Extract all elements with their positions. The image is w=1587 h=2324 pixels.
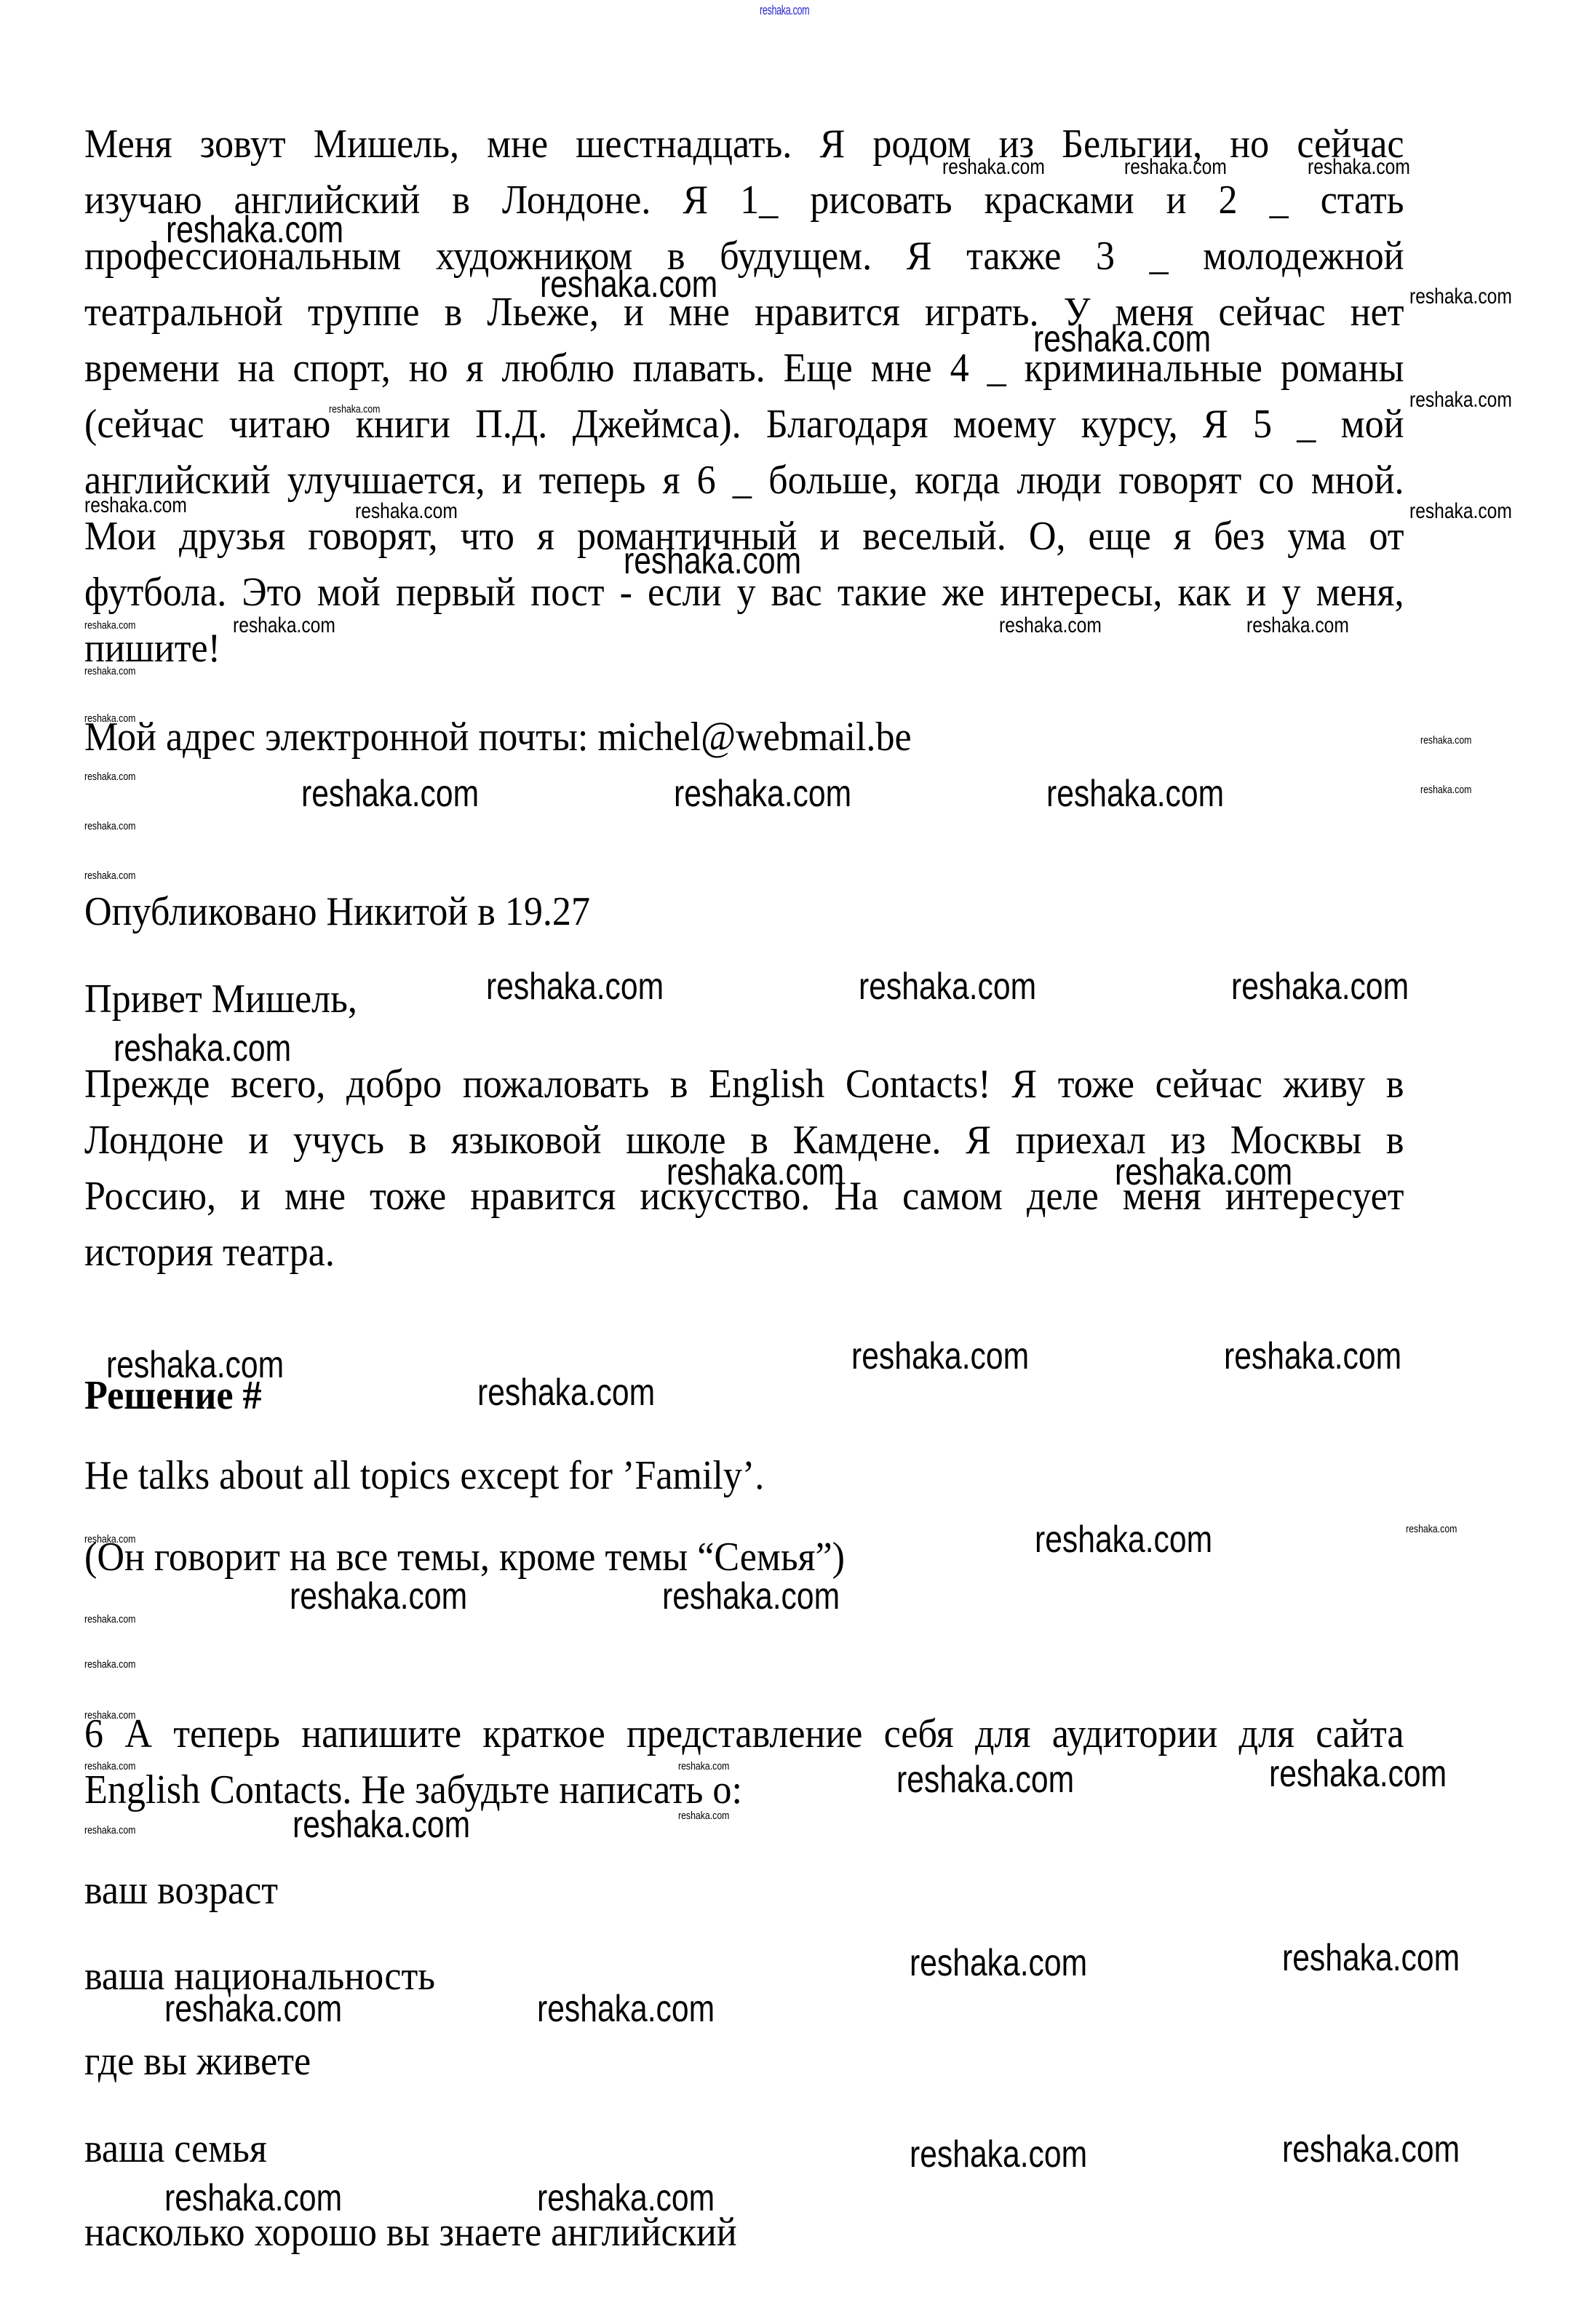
watermark: reshaka.com: [667, 1153, 844, 1191]
watermark: reshaka.com: [1420, 784, 1471, 795]
watermark: reshaka.com: [84, 666, 135, 677]
watermark: reshaka.com: [910, 1944, 1087, 1982]
watermark: reshaka.com: [84, 1761, 135, 1772]
watermark: reshaka.com: [84, 713, 135, 724]
watermark: reshaka.com: [1282, 2130, 1460, 2168]
watermark: reshaka.com: [1308, 156, 1410, 178]
watermark: reshaka.com: [106, 1346, 284, 1384]
watermark: reshaka.com: [84, 870, 135, 881]
watermark: reshaka.com: [1406, 1524, 1457, 1535]
watermark: reshaka.com: [164, 2179, 342, 2217]
watermark: reshaka.com: [999, 615, 1102, 637]
watermark: reshaka.com: [537, 2179, 715, 2217]
watermark: reshaka.com: [84, 771, 135, 782]
task6-line: 6 А теперь напишите краткое представлени…: [84, 1706, 1404, 1762]
posted-by: Опубликовано Никитой в 19.27: [84, 884, 1404, 940]
watermark: reshaka.com: [486, 968, 664, 1006]
watermark: reshaka.com: [301, 775, 479, 813]
watermark: reshaka.com: [678, 1810, 729, 1821]
watermark: reshaka.com: [477, 1374, 655, 1412]
watermark: reshaka.com: [329, 404, 380, 415]
watermark: reshaka.com: [355, 501, 458, 522]
watermark: reshaka.com: [293, 1806, 470, 1844]
watermark: reshaka.com: [859, 968, 1036, 1006]
watermark: reshaka.com: [896, 1761, 1074, 1799]
task6-item-age: ваш возраст: [84, 1863, 1404, 1919]
watermark: reshaka.com: [1035, 1521, 1212, 1559]
watermark: reshaka.com: [166, 211, 343, 249]
watermark: reshaka.com: [164, 1990, 342, 2028]
watermark: reshaka.com: [1231, 968, 1409, 1006]
watermark: reshaka.com: [678, 1761, 729, 1772]
watermark: reshaka.com: [662, 1577, 840, 1615]
reply-greeting: Привет Мишель,: [84, 971, 1404, 1027]
watermark: reshaka.com: [1269, 1755, 1447, 1793]
watermark: reshaka.com: [674, 775, 851, 813]
watermark: reshaka.com: [84, 1659, 135, 1670]
email-line: Мой адрес электронной почты: michel@webm…: [84, 709, 1404, 765]
watermark: reshaka.com: [1124, 156, 1227, 178]
watermark: reshaka.com: [114, 1030, 291, 1067]
task6-item-family: ваша семья: [84, 2121, 1404, 2177]
watermark: reshaka.com: [84, 1710, 135, 1721]
watermark: reshaka.com: [1224, 1337, 1401, 1375]
header-watermark: reshaka.com: [760, 3, 809, 18]
watermark: reshaka.com: [624, 542, 801, 580]
watermark: reshaka.com: [84, 495, 187, 517]
watermark: reshaka.com: [540, 266, 717, 303]
watermark: reshaka.com: [84, 1534, 135, 1545]
watermark: reshaka.com: [84, 1614, 135, 1625]
letter-body: Меня зовут Мишель, мне шестнадцать. Я ро…: [84, 116, 1404, 677]
watermark: reshaka.com: [1046, 775, 1224, 813]
watermark: reshaka.com: [233, 615, 335, 637]
task6-line: English Contacts. Не забудьте написать о…: [84, 1762, 1404, 1818]
watermark: reshaka.com: [1246, 615, 1349, 637]
watermark: reshaka.com: [1409, 286, 1512, 308]
watermark: reshaka.com: [1115, 1153, 1292, 1191]
letter-line: (сейчас читаю книги П.Д. Джеймса). Благо…: [84, 397, 1404, 453]
watermark: reshaka.com: [910, 2136, 1087, 2173]
watermark: reshaka.com: [942, 156, 1045, 178]
letter-line: английский улучшается, и теперь я 6 _ бо…: [84, 453, 1404, 509]
watermark: reshaka.com: [1420, 735, 1471, 746]
solution-answer-en: He talks about all topics except for ’Fa…: [84, 1448, 1404, 1504]
watermark: reshaka.com: [84, 1825, 135, 1836]
watermark: reshaka.com: [290, 1577, 467, 1615]
watermark: reshaka.com: [84, 620, 135, 631]
watermark: reshaka.com: [1409, 389, 1512, 411]
watermark: reshaka.com: [1033, 320, 1211, 358]
watermark: reshaka.com: [1282, 1939, 1460, 1977]
watermark: reshaka.com: [84, 821, 135, 832]
reply-line: история театра.: [84, 1225, 1404, 1281]
task6-instructions: 6 А теперь напишите краткое представлени…: [84, 1706, 1404, 1818]
document-page: reshaka.com Меня зовут Мишель, мне шестн…: [0, 0, 1587, 2324]
watermark: reshaka.com: [851, 1337, 1029, 1375]
task6-item-residence: где вы живете: [84, 2034, 1404, 2090]
watermark: reshaka.com: [1409, 501, 1512, 522]
watermark: reshaka.com: [537, 1990, 715, 2028]
